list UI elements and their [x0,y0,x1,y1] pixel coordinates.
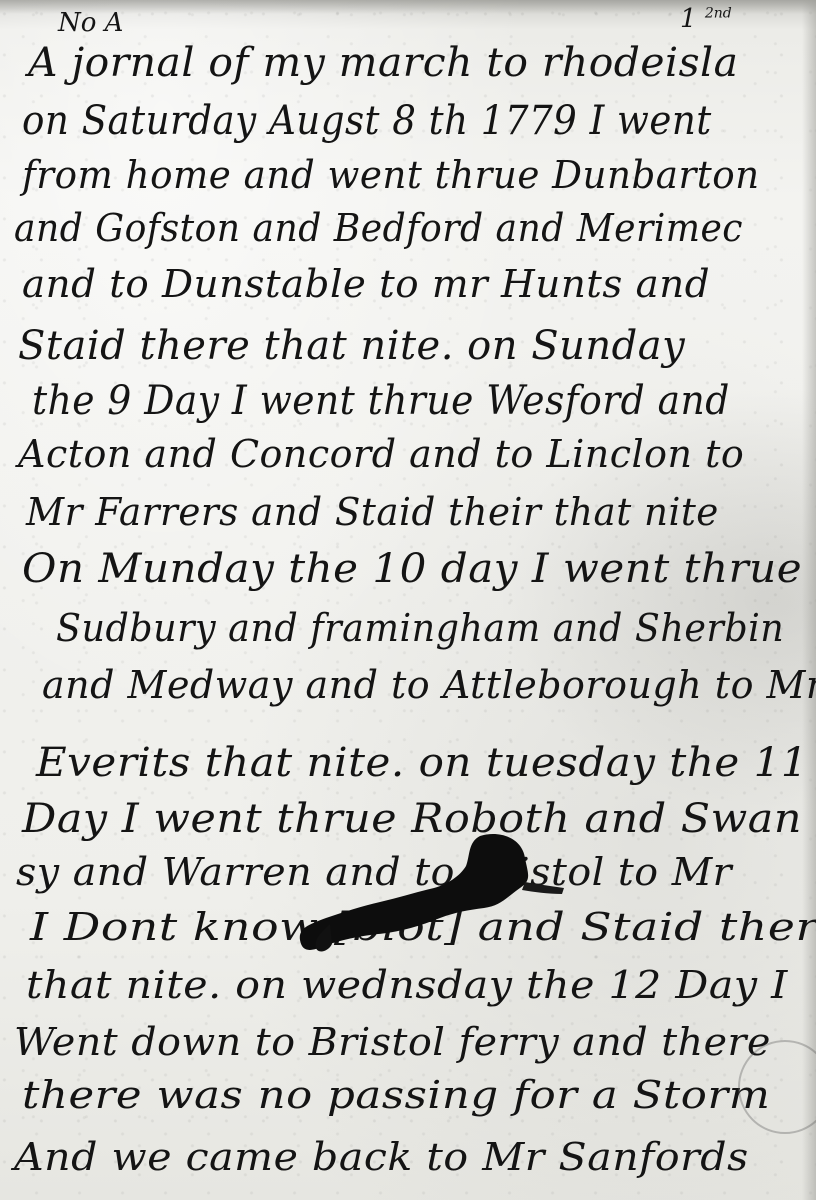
manuscript-line: there was no passing for a Storm [22,1073,770,1117]
manuscript-page: No A 1 2nd A jornal of my march to rhode… [0,0,816,1200]
manuscript-line: sy and Warren and to Bristol to Mr [16,850,732,894]
manuscript-line: A jornal of my march to rhodeisla [28,40,738,86]
manuscript-body: A jornal of my march to rhodeisla on Sat… [0,0,816,1200]
manuscript-line: and Gofston and Bedford and Merimec [14,206,743,250]
manuscript-line: I Dont know [blot] and Staid there [30,905,816,949]
manuscript-line: on Saturday Augst 8 th 1779 I went [22,98,712,144]
manuscript-line: the 9 Day I went thrue Wesford and [32,378,730,424]
manuscript-line: On Munday the 10 day I went thrue [22,546,802,592]
manuscript-line: Sudbury and framingham and Sherbin [56,606,784,650]
manuscript-line: Mr Farrers and Staid their that nite [26,490,719,534]
manuscript-line: Everits that nite. on tuesday the 11 [36,740,808,786]
manuscript-line: Went down to Bristol ferry and there [14,1020,771,1064]
manuscript-line: And we came back to Mr Sanfords [14,1135,749,1179]
manuscript-line: Staid there that nite. on Sunday [18,323,685,369]
manuscript-line: Acton and Concord and to Linclon to [18,432,744,476]
manuscript-line: and Medway and to Attleborough to Mr [42,663,816,707]
manuscript-line: from home and went thrue Dunbarton [22,153,760,197]
manuscript-line: and to Dunstable to mr Hunts and [22,262,710,306]
manuscript-line: Day I went thrue Roboth and Swan [22,796,802,842]
manuscript-line: that nite. on wednsday the 12 Day I [26,963,788,1007]
